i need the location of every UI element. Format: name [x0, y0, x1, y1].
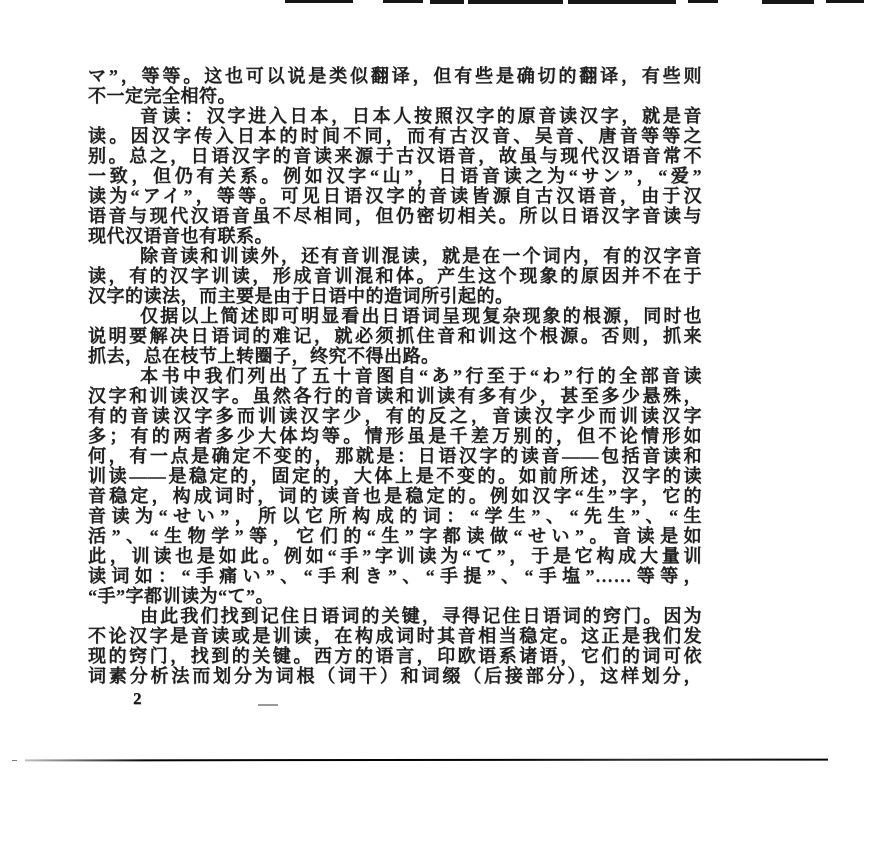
text-column: マ”，等等。这也可以说是类似翻译，但有些是确切的翻译，有些则不一定完全相符。音读…: [88, 66, 702, 686]
text-line: 读为“アイ”，等等。可见日语汉字的音读皆源自古汉语音，由于汉: [88, 186, 702, 206]
text-line: マ”，等等。这也可以说是类似翻译，但有些是确切的翻译，有些则: [88, 66, 702, 86]
text-line: 汉字和训读汉字。虽然各行的音读和训读有多有少，甚至多少悬殊，: [88, 386, 702, 406]
paragraph-lead-bold: 音读：: [140, 106, 207, 126]
text-line: 除音读和训读外，还有音训混读，就是在一个词内，有的汉字音: [88, 246, 702, 266]
text-line: 现代汉语音也有联系。: [88, 226, 702, 246]
text-line: 抓去，总在枝节上转圈子，终究不得出路。: [88, 346, 702, 366]
text-line: 汉字的读法，而主要是由于日语中的造词所引起的。: [88, 286, 702, 306]
page-number: 2: [133, 689, 142, 709]
text-line: 语音与现代汉语音虽不尽相同，但仍密切相关。所以日语汉字音读与: [88, 206, 702, 226]
text-line: 训读——是稳定的，固定的，大体上是不变的。如前所述，汉字的读: [88, 466, 702, 486]
text-line: 说明要解决日语词的难记，就必须抓住音和训这个根源。否则，抓来: [88, 326, 702, 346]
text-line: 本书中我们列出了五十音图自“あ”行至于“わ”行的全部音读: [88, 366, 702, 386]
text-line: 音稳定，构成词时，词的读音也是稳定的。例如汉字“生”字，它的: [88, 486, 702, 506]
text-line: 有的音读汉字多而训读汉字少，有的反之，音读汉字少而训读汉字: [88, 406, 702, 426]
page-edge-dot: [12, 760, 17, 761]
text-line: 别。总之，日语汉字的音读来源于古汉语音，故虽与现代汉语音常不: [88, 146, 702, 166]
text-line: 何，有一点是确定不变的，那就是：日语汉字的读音——包括音读和: [88, 446, 702, 466]
scanned-book-page: マ”，等等。这也可以说是类似翻译，但有些是确切的翻译，有些则不一定完全相符。音读…: [0, 0, 870, 842]
text-line: 多；有的两者多少大体均等。情形虽是千差万别的，但不论情形如: [88, 426, 702, 446]
text-line: 仅据以上简述即可明显看出日语词呈现复杂现象的根源，同时也: [88, 306, 702, 326]
text-line: 读，有的汉字训读，形成音训混和体。产生这个现象的原因并不在于: [88, 266, 702, 286]
text-line: 音读：汉字进入日本，日本人按照汉字的原音读汉字，就是音: [88, 106, 702, 126]
text-line: 读。因汉字传入日本的时间不同，而有古汉音、吴音、唐音等等之: [88, 126, 702, 146]
text-line: 现的窍门，找到的关键。西方的语言，印欧语系诸语，它们的词可依: [88, 646, 702, 666]
text-line: 读词如：“手痛い”、“手利き”、“手提”、“手塩”……等等，: [88, 566, 702, 586]
scan-smudge-small: [258, 704, 278, 706]
text-line: 活”、“生物学”等，它们的“生”字都读做“せい”。音读是如: [88, 526, 702, 546]
page-edge-line: [25, 759, 828, 762]
text-line: 词素分析法而划分为词根（词干）和词缀（后接部分），这样划分，: [88, 666, 702, 686]
text-line: 一致，但仍有关系。例如汉字“山”，日语音读之为“サン”，“爱”: [88, 166, 702, 186]
text-line: 不论汉字是音读或是训读，在构成词时其音相当稳定。这正是我们发: [88, 626, 702, 646]
text-line: 由此我们找到记住日语词的关键，寻得记住日语词的窍门。因为: [88, 606, 702, 626]
text-line: 音读为“せい”，所以它所构成的词：“学生”、“先生”、“生: [88, 506, 702, 526]
text-line: 此，训读也是如此。例如“手”字训读为“て”，于是它构成大量训: [88, 546, 702, 566]
text-line: 不一定完全相符。: [88, 86, 702, 106]
text-line: “手”字都训读为“て”。: [88, 586, 702, 606]
